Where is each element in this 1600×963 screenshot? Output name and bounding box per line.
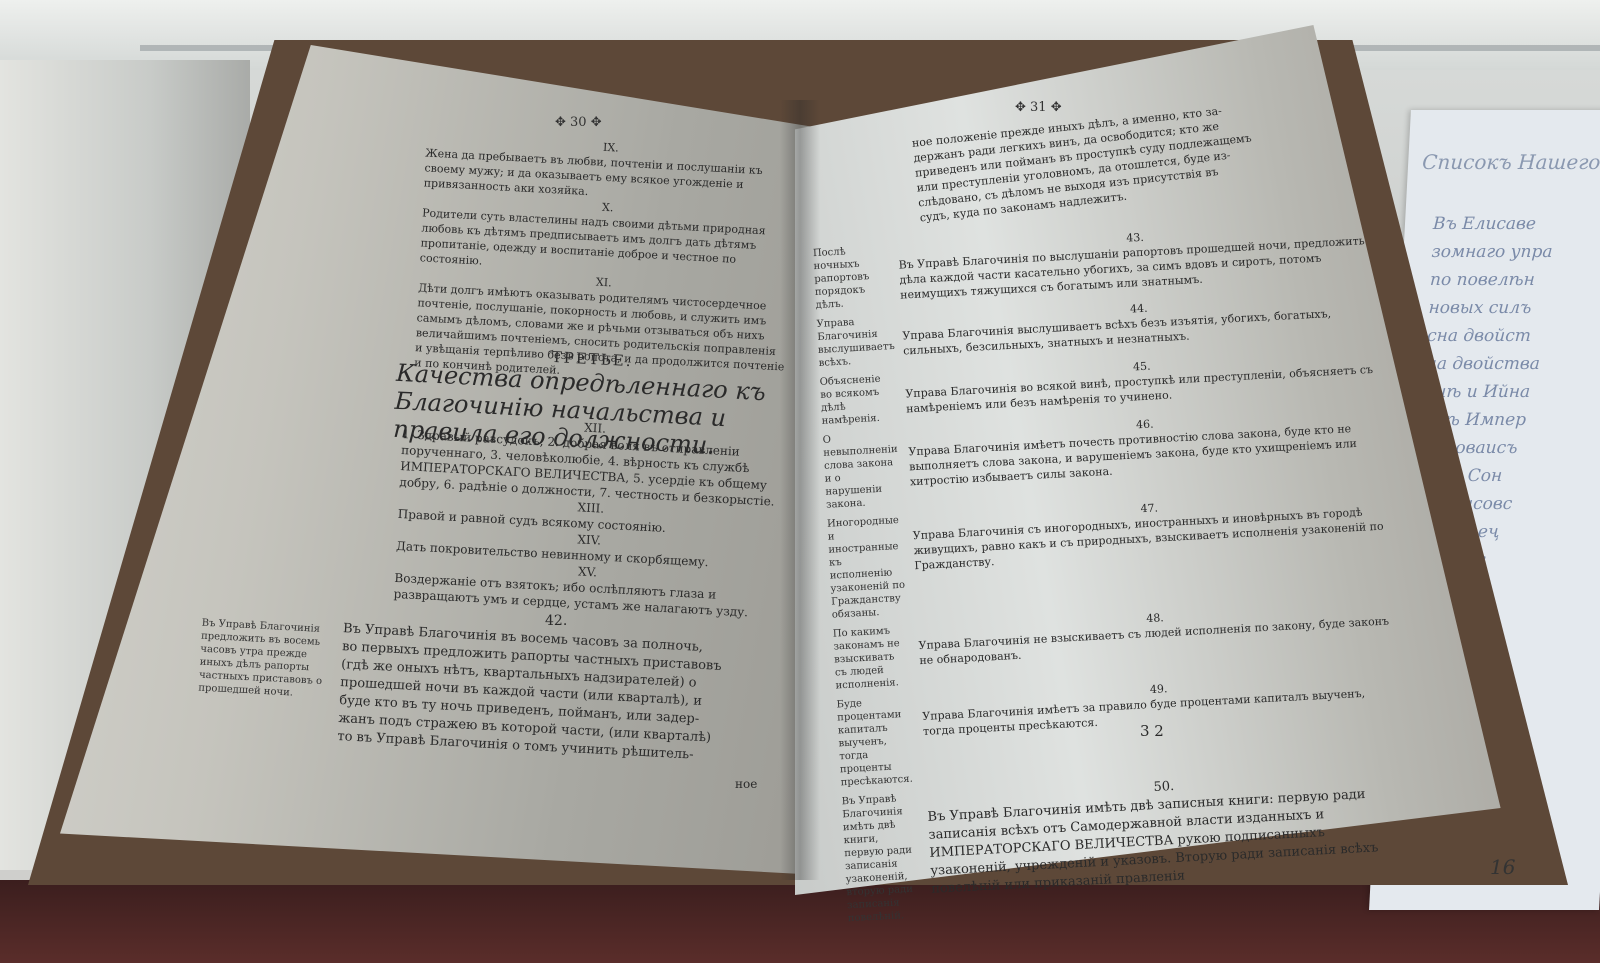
margin-note: По какимъ законамъ не взыскивать съ люде… xyxy=(833,624,911,693)
margin-note: Въ Управѣ Благочинія имѣть двѣ книги, пе… xyxy=(841,791,923,925)
note-line: ниѣ и Ийна xyxy=(1424,382,1600,402)
ink-page-number: 16 xyxy=(1490,855,1515,879)
note-title: Списокъ Нашего xyxy=(1422,150,1600,174)
margin-note: Буде процентами капиталъ выученъ, тогда … xyxy=(836,695,916,790)
page-number-right: ✥ 31 ✥ xyxy=(1015,100,1062,115)
margin-note: Послѣ ночныхъ рапортовъ порядокъ дѣлъ. xyxy=(813,243,891,312)
article-42-text: Въ Управѣ Благочинія въ восемь часовъ за… xyxy=(337,620,723,766)
article-47: Иногородные и иностранные къ исполненію … xyxy=(827,488,1392,621)
note-line: по повелѣн xyxy=(1430,270,1600,290)
note-line: сна двойст xyxy=(1427,326,1600,346)
margin-note: Иногородные и иностранные къ исполненію … xyxy=(827,514,907,622)
signature-mark: 3 2 xyxy=(1140,722,1164,741)
left-page-middle-text: XII. 1. Здравый разсудокъ, 2. добрая вол… xyxy=(393,410,788,622)
margin-note-42: Въ Управѣ Благочинія предложить въ восем… xyxy=(198,617,332,702)
note-line: Въ Елисаве xyxy=(1432,214,1600,234)
note-line: новых силъ xyxy=(1428,298,1600,318)
margin-note: Объясненіе во всякомъ дѣлѣ намѣренія. xyxy=(819,372,897,428)
margin-note: Управа Благочинія выслушиваетъ всѣхъ. xyxy=(816,314,894,370)
note-line: на двойства xyxy=(1425,354,1600,374)
article-body: 47.Управа Благочинія съ иногородныхъ, ин… xyxy=(912,488,1392,617)
page-number-left: ✥ 30 ✥ xyxy=(555,115,602,130)
article-number: 42. xyxy=(545,612,567,631)
margin-note: О невыполненіи слова закона и о нарушені… xyxy=(822,430,901,512)
article-body: 50.Въ Управѣ Благочинія имѣть двѣ записн… xyxy=(926,766,1407,921)
right-page-articles: Послѣ ночныхъ рапортовъ порядокъ дѣлъ. 4… xyxy=(813,218,1408,925)
catchword: ное xyxy=(735,775,757,794)
page-number-value: 31 xyxy=(1030,100,1047,115)
page-number-value: 30 xyxy=(570,115,587,130)
note-line: зомнаго упра xyxy=(1431,242,1600,262)
